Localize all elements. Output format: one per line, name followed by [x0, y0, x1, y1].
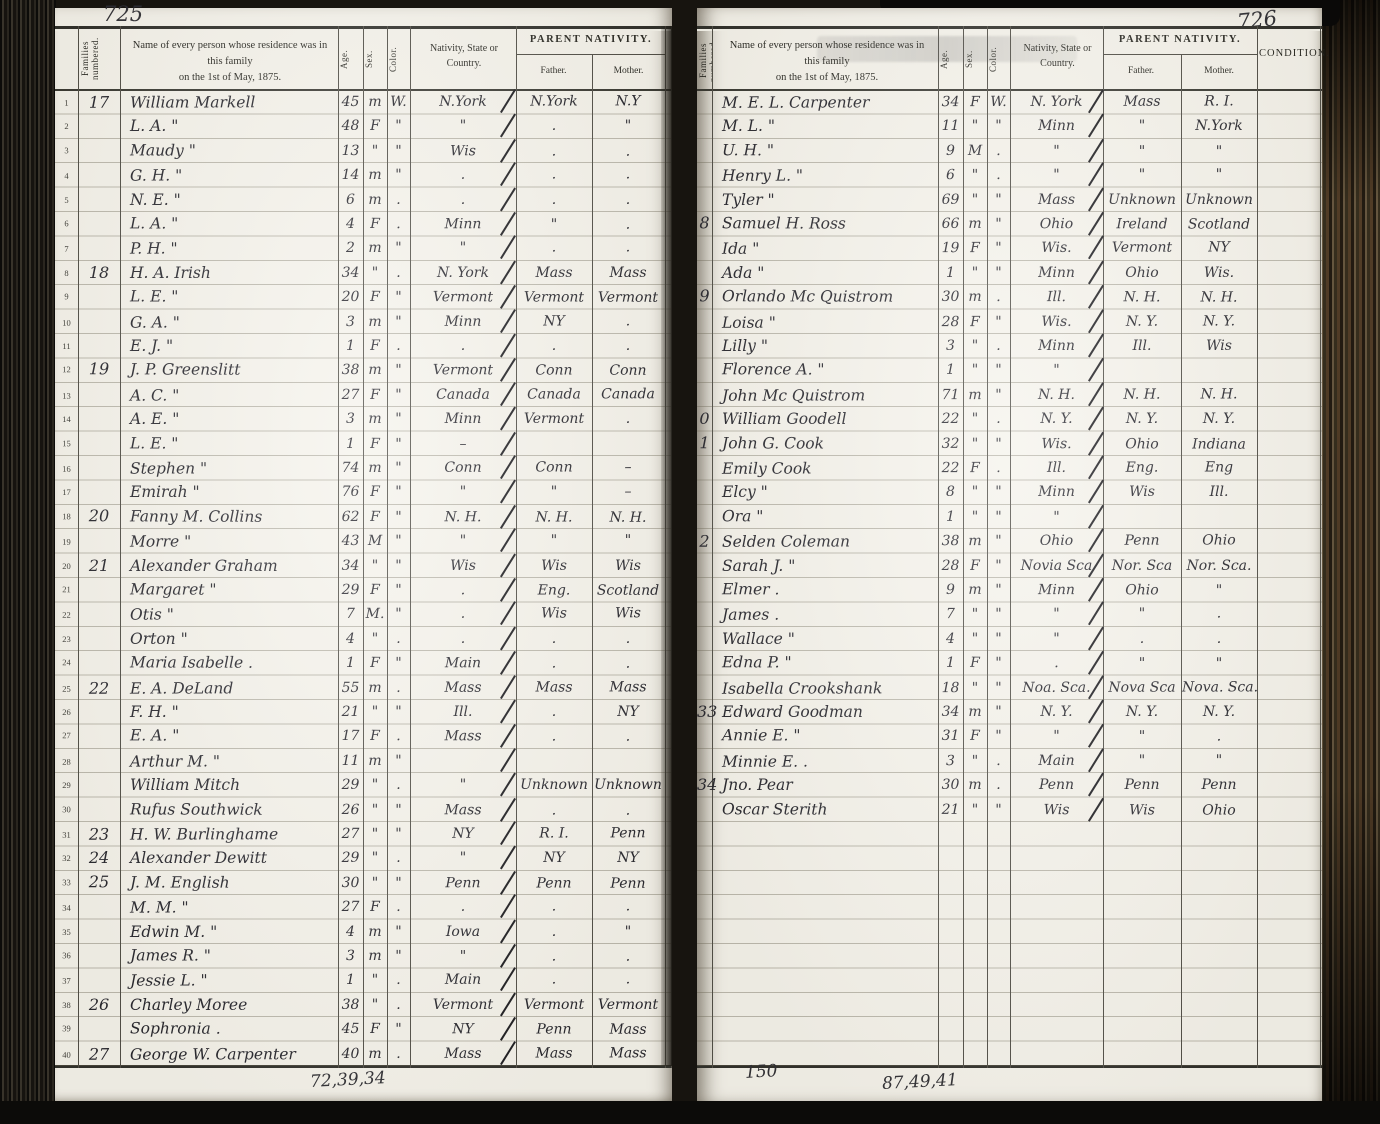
age-value: 31 [938, 724, 963, 748]
sex-value [963, 993, 987, 1017]
color-value: W. [387, 90, 410, 114]
father-nativity-value [1104, 1017, 1180, 1042]
father-nativity-value: Ohio [1104, 432, 1180, 457]
sex-header: Sex. [364, 32, 386, 87]
person-name: Maudy " [120, 138, 348, 163]
person-name: L. A. " [120, 114, 348, 138]
color-value: " [987, 700, 1010, 724]
color-value: " [387, 505, 410, 529]
census-row: Annie E. " 31 F " " " . [697, 724, 1322, 750]
sex-value: " [963, 334, 987, 358]
father-nativity-value: . [517, 700, 591, 724]
color-value: " [987, 358, 1010, 382]
mother-nativity-value: Mass [592, 1041, 664, 1066]
line-number: 39 [55, 1016, 78, 1040]
person-name: L. E. " [120, 431, 348, 456]
person-name: J. M. English [120, 870, 348, 895]
census-row: 1 17 William Markell 45 m W. N.York N.Yo… [55, 89, 672, 115]
father-nativity-value [517, 748, 591, 773]
family-number [697, 310, 712, 334]
age-value: 30 [938, 285, 963, 309]
age-value: 17 [338, 724, 363, 748]
line-number: 26 [55, 700, 78, 724]
sex-value [963, 895, 987, 919]
person-name [712, 943, 948, 968]
age-value: 6 [338, 188, 363, 212]
color-value: " [387, 358, 410, 382]
mother-nativity-value: . [592, 968, 664, 993]
person-name: M. L. " [712, 114, 948, 138]
sex-value: m [363, 676, 387, 700]
age-value: 43 [338, 529, 363, 553]
mother-nativity-value: Vermont [592, 286, 664, 311]
sex-value: " [963, 114, 987, 138]
father-nativity-value: Mass [517, 261, 591, 285]
age-value: 3 [338, 944, 363, 968]
father-nativity-value: Nova Sca [1104, 675, 1180, 700]
mother-nativity-value: . [592, 627, 664, 651]
census-row: Florence A. " 1 " " " [697, 358, 1322, 384]
person-name: Emirah " [120, 480, 348, 504]
color-value: " [987, 188, 1010, 212]
age-value: 1 [338, 432, 363, 456]
sex-value: m [963, 383, 987, 407]
person-name: Emily Cook [712, 456, 948, 481]
age-value: 1 [338, 968, 363, 992]
family-number [78, 237, 120, 262]
sex-value: m [963, 212, 987, 236]
sex-header: Sex. [964, 32, 986, 87]
page-tally-center: 150 [744, 1061, 777, 1083]
mother-header: Mother. [1181, 66, 1257, 76]
person-name [712, 822, 948, 847]
mother-nativity-value: . [592, 213, 664, 238]
sex-value: " [963, 431, 987, 455]
census-row: 19 Morre " 43 M " " " " [55, 528, 672, 554]
mother-nativity-value: N. H. [592, 505, 664, 530]
father-nativity-value [1104, 359, 1180, 384]
family-number [78, 114, 120, 138]
family-number [697, 846, 712, 870]
father-nativity-value: N. Y. [1104, 700, 1180, 724]
father-nativity-value [1104, 944, 1180, 969]
census-row: 37 Jessie L. " 1 " . Main . . [55, 968, 672, 994]
nativity-header: Nativity, State or Country. [1012, 41, 1103, 71]
census-row: Edna P. " 1 F " . " " [697, 650, 1322, 676]
person-name: G. H. " [120, 163, 348, 188]
color-value: " [387, 554, 410, 578]
census-row [697, 894, 1322, 920]
father-nativity-value: Wis [517, 554, 591, 578]
father-nativity-value: . [517, 944, 591, 969]
family-number [697, 724, 712, 748]
color-value: " [387, 944, 410, 968]
age-value: 7 [338, 602, 363, 626]
person-name: E. A. DeLand [120, 676, 348, 701]
color-value: " [987, 383, 1010, 407]
mother-nativity-value: N.York [1182, 114, 1256, 138]
family-number [697, 384, 712, 408]
person-name: Ida " [712, 237, 948, 262]
mother-nativity-value [1182, 846, 1256, 870]
census-row [697, 943, 1322, 969]
color-value: . [387, 968, 410, 992]
father-nativity-value: Mass [1104, 90, 1180, 115]
color-value: . [987, 163, 1010, 187]
census-row: 12 19 J. P. Greenslitt 38 m " Vermont Co… [55, 358, 672, 384]
mother-nativity-value: . [592, 236, 664, 261]
sex-value: m [963, 700, 987, 724]
sex-value: " [363, 773, 387, 797]
census-row: 10 G. A. " 3 m " Minn NY . [55, 309, 672, 335]
age-value: 4 [938, 627, 963, 651]
sex-value: M. [363, 602, 387, 626]
father-nativity-value: Penn [1104, 529, 1180, 554]
census-row: Ada " 1 " " Minn Ohio Wis. [697, 261, 1322, 285]
color-value: " [987, 310, 1010, 334]
person-name: Edward Goodman [712, 700, 948, 724]
family-number [697, 943, 712, 967]
census-row [697, 821, 1322, 847]
family-number [78, 797, 120, 822]
color-value: " [387, 383, 410, 407]
age-value [938, 822, 963, 846]
father-nativity-value: " [517, 480, 591, 504]
age-value: 45 [338, 90, 363, 114]
census-row [697, 1016, 1322, 1042]
census-row: 31 23 H. W. Burlinghame 27 " " NY R. I. … [55, 821, 672, 847]
census-row: Isabella Crookshank 18 " " Noa. Sca. Nov… [697, 675, 1322, 701]
color-value [987, 871, 1010, 895]
age-header: Age. [339, 32, 362, 87]
mother-nativity-value [1182, 920, 1256, 944]
mother-nativity-value: . [592, 798, 664, 823]
age-value [938, 993, 963, 1017]
family-number [697, 358, 712, 382]
nativity-value [1010, 993, 1103, 1017]
family-number [697, 1042, 712, 1066]
sex-value: " [963, 163, 987, 187]
census-row: 18 20 Fanny M. Collins 62 F " N. H. N. H… [55, 504, 672, 530]
page-tally-right: 87,49,41 [882, 1070, 959, 1094]
age-value: 1 [338, 334, 363, 358]
age-value: 1 [938, 261, 963, 285]
mother-nativity-value: Indiana [1182, 432, 1256, 457]
father-nativity-value: . [517, 920, 591, 944]
mother-nativity-value: Wis [592, 554, 664, 578]
census-row: 2 Selden Coleman 38 m " Ohio Penn Ohio [697, 528, 1322, 554]
family-number [78, 480, 120, 504]
mother-nativity-value: NY [592, 846, 664, 870]
census-row: 34 M. M. " 27 F . . . . [55, 894, 672, 920]
person-name: Alexander Dewitt [120, 846, 348, 870]
line-number: 19 [55, 530, 78, 554]
color-value [987, 895, 1010, 919]
father-nativity-value: . [517, 895, 591, 920]
sex-value: F [363, 432, 387, 456]
father-nativity-value: Vermont [517, 993, 591, 1017]
mother-nativity-value: Wis [1182, 334, 1256, 358]
line-number: 20 [55, 554, 78, 578]
census-row [697, 920, 1322, 944]
line-number: 6 [55, 211, 78, 235]
sex-value [963, 968, 987, 992]
age-value: 55 [338, 676, 363, 700]
sex-value: " [363, 968, 387, 992]
census-row: M. E. L. Carpenter 34 F W. N. York Mass … [697, 89, 1322, 115]
person-name: Maria Isabelle . [120, 651, 348, 676]
nativity-header-line1: Nativity, State or [1024, 43, 1092, 54]
age-value: 40 [338, 1042, 363, 1066]
color-value: . [987, 749, 1010, 773]
sex-value: F [963, 651, 987, 675]
color-header: Color. [988, 32, 1009, 87]
person-name: Orton " [120, 627, 348, 651]
age-value [938, 969, 963, 993]
condition-header: CONDITION. [1259, 48, 1321, 59]
line-number: 21 [55, 577, 78, 601]
color-value: " [987, 676, 1010, 700]
sex-value: " [963, 358, 987, 382]
color-value: . [387, 724, 410, 748]
person-name: William Markell [120, 90, 348, 115]
person-name: M. E. L. Carpenter [712, 90, 948, 115]
census-row: 34 Jno. Pear 30 m . Penn Penn Penn [697, 773, 1322, 797]
family-number [697, 870, 712, 894]
person-name: Elcy " [712, 480, 948, 504]
nativity-value [1010, 968, 1103, 993]
line-number: 14 [55, 407, 78, 431]
census-row [697, 870, 1322, 896]
father-header: Father. [517, 66, 590, 76]
color-value [987, 1042, 1010, 1066]
person-name: Orlando Mc Quistrom [712, 284, 948, 309]
line-number: 24 [55, 650, 78, 674]
sex-value: m [363, 1042, 387, 1066]
family-number [697, 1016, 712, 1040]
mother-nativity-value: Nova. Sca. [1182, 675, 1256, 700]
age-value: 21 [338, 700, 363, 724]
census-row: Wallace " 4 " " " . . [697, 627, 1322, 651]
mother-nativity-value: Penn [1182, 773, 1256, 797]
father-nativity-value: Ohio [1104, 578, 1180, 603]
mother-nativity-value: NY [592, 700, 664, 724]
mother-nativity-value: . [592, 945, 664, 970]
mother-nativity-value [592, 432, 664, 457]
father-nativity-value [1104, 993, 1180, 1017]
family-number: 22 [78, 676, 120, 701]
age-value: 14 [338, 163, 363, 187]
mother-nativity-value: Wis [592, 602, 664, 627]
mother-nativity-value: . [592, 139, 664, 164]
line-number: 12 [55, 358, 78, 382]
person-name: P. H. " [120, 236, 348, 261]
name-column-header: Name of every person whose residence was… [722, 38, 932, 85]
age-value: 6 [938, 163, 963, 187]
census-page-left: 725 Families numbered. Name of every per… [55, 8, 672, 1101]
census-row: 23 Orton " 4 " . . . . [55, 627, 672, 651]
census-row: 28 Arthur M. " 11 m " [55, 748, 672, 774]
line-number: 9 [55, 284, 78, 308]
parent-nativity-subrule [1103, 54, 1257, 55]
color-value: . [987, 773, 1010, 797]
mother-nativity-value [1182, 1041, 1256, 1066]
census-row: 2 L. A. " 48 F " " . " [55, 114, 672, 138]
age-value: 22 [938, 456, 963, 480]
mother-nativity-value: N.Y [592, 89, 664, 114]
census-row [697, 846, 1322, 870]
person-name: Fanny M. Collins [120, 504, 348, 529]
person-name: James R. " [120, 943, 348, 968]
mother-nativity-value [1182, 359, 1256, 384]
color-value: " [387, 1017, 410, 1041]
color-value: " [987, 236, 1010, 260]
sex-value: F [363, 724, 387, 748]
parent-nativity-header: PARENT NATIVITY. [1103, 34, 1257, 45]
person-name: L. E. " [120, 285, 348, 310]
sex-value: F [963, 90, 987, 114]
age-value: 71 [938, 383, 963, 407]
age-value [938, 1042, 963, 1066]
father-nativity-value: Canada [517, 382, 591, 407]
father-nativity-value: Penn [517, 871, 591, 896]
person-name: Sophronia . [120, 1017, 348, 1042]
father-nativity-value: Eng. [1104, 456, 1180, 481]
age-value: 38 [338, 993, 363, 1017]
sex-value: " [963, 797, 987, 821]
father-nativity-value: . [517, 114, 591, 138]
person-name [712, 895, 948, 920]
father-nativity-value: Nor. Sca [1104, 554, 1180, 578]
sex-value: " [363, 846, 387, 870]
color-value: " [987, 724, 1010, 748]
color-value: " [987, 627, 1010, 651]
person-name: Rufus Southwick [120, 797, 348, 822]
sex-value [963, 920, 987, 944]
person-name: L. A. " [120, 211, 348, 236]
father-nativity-value: Eng. [517, 578, 591, 603]
family-number: 23 [78, 823, 120, 848]
father-nativity-value: Mass [517, 1041, 591, 1066]
father-nativity-value: N. H. [517, 505, 591, 530]
color-value: " [387, 529, 410, 553]
person-name: Edwin M. " [120, 920, 348, 944]
sex-value: F [363, 114, 387, 138]
nativity-value [1010, 895, 1103, 920]
person-name: E. A. " [120, 724, 348, 749]
person-name: Jno. Pear [712, 773, 948, 797]
sex-value: " [963, 749, 987, 773]
census-row: 11 E. J. " 1 F . . . . [55, 334, 672, 358]
father-nativity-value: N. Y. [1104, 309, 1180, 334]
color-value: " [987, 554, 1010, 578]
line-number: 15 [55, 431, 78, 455]
age-value: 34 [338, 261, 363, 285]
mother-nativity-value: Ohio [1182, 798, 1256, 823]
mother-nativity-value: Canada [592, 382, 664, 407]
age-value: 27 [338, 822, 363, 846]
mother-nativity-value: – [592, 455, 664, 480]
family-number [78, 431, 120, 456]
sex-value: m [363, 920, 387, 944]
mother-nativity-value: Mass [592, 261, 664, 285]
color-value: . [987, 407, 1010, 431]
sex-value [963, 1017, 987, 1041]
sex-value: F [363, 578, 387, 602]
father-nativity-value: . [517, 798, 591, 823]
census-row: M. L. " 11 " " Minn " N.York [697, 114, 1322, 138]
census-row: 5 N. E. " 6 m . . . . [55, 188, 672, 212]
mother-nativity-value: " [1182, 163, 1256, 188]
family-number: 0 [697, 407, 712, 431]
sex-value [963, 871, 987, 895]
age-value: 4 [338, 627, 363, 651]
person-name: Alexander Graham [120, 554, 348, 578]
age-value: 1 [338, 651, 363, 675]
father-nativity-value [1104, 846, 1180, 870]
family-number [78, 943, 120, 968]
sex-value: m [363, 358, 387, 382]
age-value: 3 [338, 310, 363, 334]
mother-nativity-value [1182, 1018, 1256, 1043]
color-value: " [387, 871, 410, 895]
family-number [697, 993, 712, 1017]
mother-nativity-value: . [592, 407, 664, 431]
sex-value: " [363, 798, 387, 822]
color-value: . [387, 188, 410, 212]
line-number: 7 [55, 237, 78, 261]
families-numbered-header-clipped: Families numbered. [698, 32, 710, 90]
sex-value [963, 944, 987, 968]
mother-nativity-value: " [592, 528, 664, 553]
father-nativity-value: " [1104, 139, 1180, 164]
color-value: " [987, 651, 1010, 675]
color-value: W. [987, 90, 1010, 114]
family-number [78, 603, 120, 628]
census-row: Lilly " 3 " . Minn Ill. Wis [697, 334, 1322, 358]
sex-value: F [363, 651, 387, 675]
census-row: 17 Emirah " 76 F " " " – [55, 480, 672, 504]
family-number [697, 969, 712, 993]
family-number [78, 310, 120, 335]
color-value: " [387, 309, 410, 333]
line-number: 37 [55, 969, 78, 993]
person-name: Charley Moree [120, 993, 348, 1017]
sex-value: " [963, 261, 987, 285]
color-value: . [987, 285, 1010, 309]
family-number: 9 [697, 284, 712, 308]
family-number [697, 188, 712, 212]
sex-value: F [963, 310, 987, 334]
color-value: " [387, 602, 410, 626]
census-row [697, 968, 1322, 994]
mother-nativity-value: Scotland [1182, 212, 1256, 237]
person-name: William Goodell [712, 407, 948, 431]
family-number [78, 896, 120, 921]
age-value [938, 1017, 963, 1041]
father-nativity-value: . [517, 968, 591, 993]
sex-value: " [963, 480, 987, 504]
age-value [938, 920, 963, 944]
color-value: " [387, 651, 410, 675]
sex-value: " [363, 700, 387, 724]
color-value: " [387, 407, 410, 431]
father-nativity-value: N. Y. [1104, 407, 1180, 431]
family-number [697, 650, 712, 674]
line-number: 27 [55, 724, 78, 748]
color-value: " [387, 432, 410, 456]
person-name: Arthur M. " [120, 749, 348, 774]
